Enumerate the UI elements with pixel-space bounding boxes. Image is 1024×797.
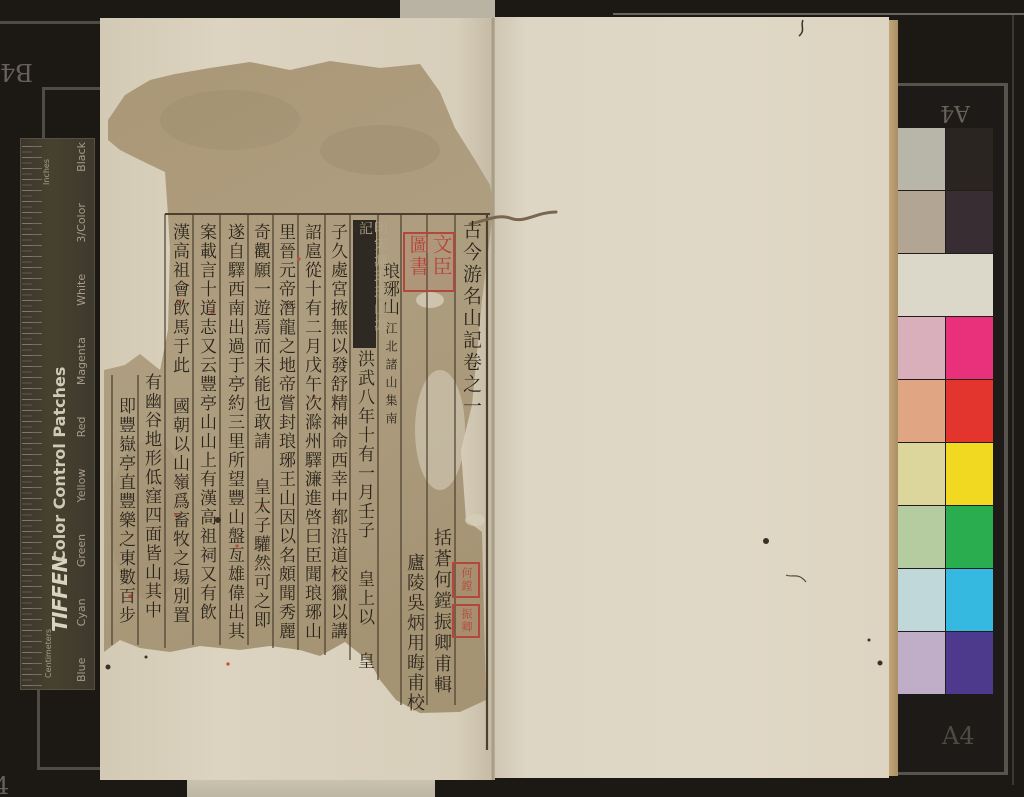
text-column: 漢高祖會飲馬于此 bbox=[170, 223, 188, 375]
text-column: 里晉元帝潛龍之地帝嘗封琅琊王山因以名頗聞秀麗 bbox=[276, 223, 294, 641]
compiler-seal-2: 振卿 bbox=[452, 604, 480, 638]
essay-title-box: 明宋濂琅琊山游記 bbox=[353, 220, 376, 348]
volume-title: 古今游名山記卷之一 bbox=[461, 220, 481, 418]
text-column: 案載言十道志又云豐亭山山上有漢高祖祠又有飲 bbox=[197, 223, 215, 622]
text-column: 子久處宮掖無以發舒精神命西幸中都沿道校獵以講 bbox=[328, 223, 346, 641]
compiler-seal-1: 何鏜 bbox=[452, 562, 480, 598]
text-column: 皇上以 bbox=[355, 570, 373, 627]
essay-title: 明宋濂琅琊山游記 bbox=[357, 221, 387, 348]
text-column: 遂自驛西南出過于亭約三里所望豐山盤亙雄偉出其 bbox=[225, 223, 243, 641]
collector-seal: 文臣圖書 bbox=[403, 232, 455, 292]
text-column: 奇觀願一遊焉而未能也敢請 bbox=[251, 223, 269, 451]
paper-fiber-mark bbox=[786, 575, 806, 582]
text-column: 詔扈從十有二月戊午次滁州驛濂進啓曰臣聞琅琊山 bbox=[302, 223, 320, 641]
text-column: 洪武八年十有一月壬子 bbox=[355, 350, 373, 540]
editor-credit: 廬陵吳炳用晦甫校 bbox=[405, 553, 424, 713]
compiler-credit: 括蒼何鏜振卿甫輯 bbox=[432, 528, 451, 696]
text-column: 即豐嶽亭直豐樂之東數百步 bbox=[116, 397, 134, 625]
text-column: 國朝以山嶺爲畜牧之場別置 bbox=[170, 397, 188, 625]
text-column: 有幽谷地形低窪四面皆山其中 bbox=[142, 373, 160, 620]
paper-fiber-mark bbox=[799, 20, 803, 36]
text-column: 皇 bbox=[355, 652, 373, 671]
text-column: 皇太子驩然可之即 bbox=[251, 478, 269, 630]
